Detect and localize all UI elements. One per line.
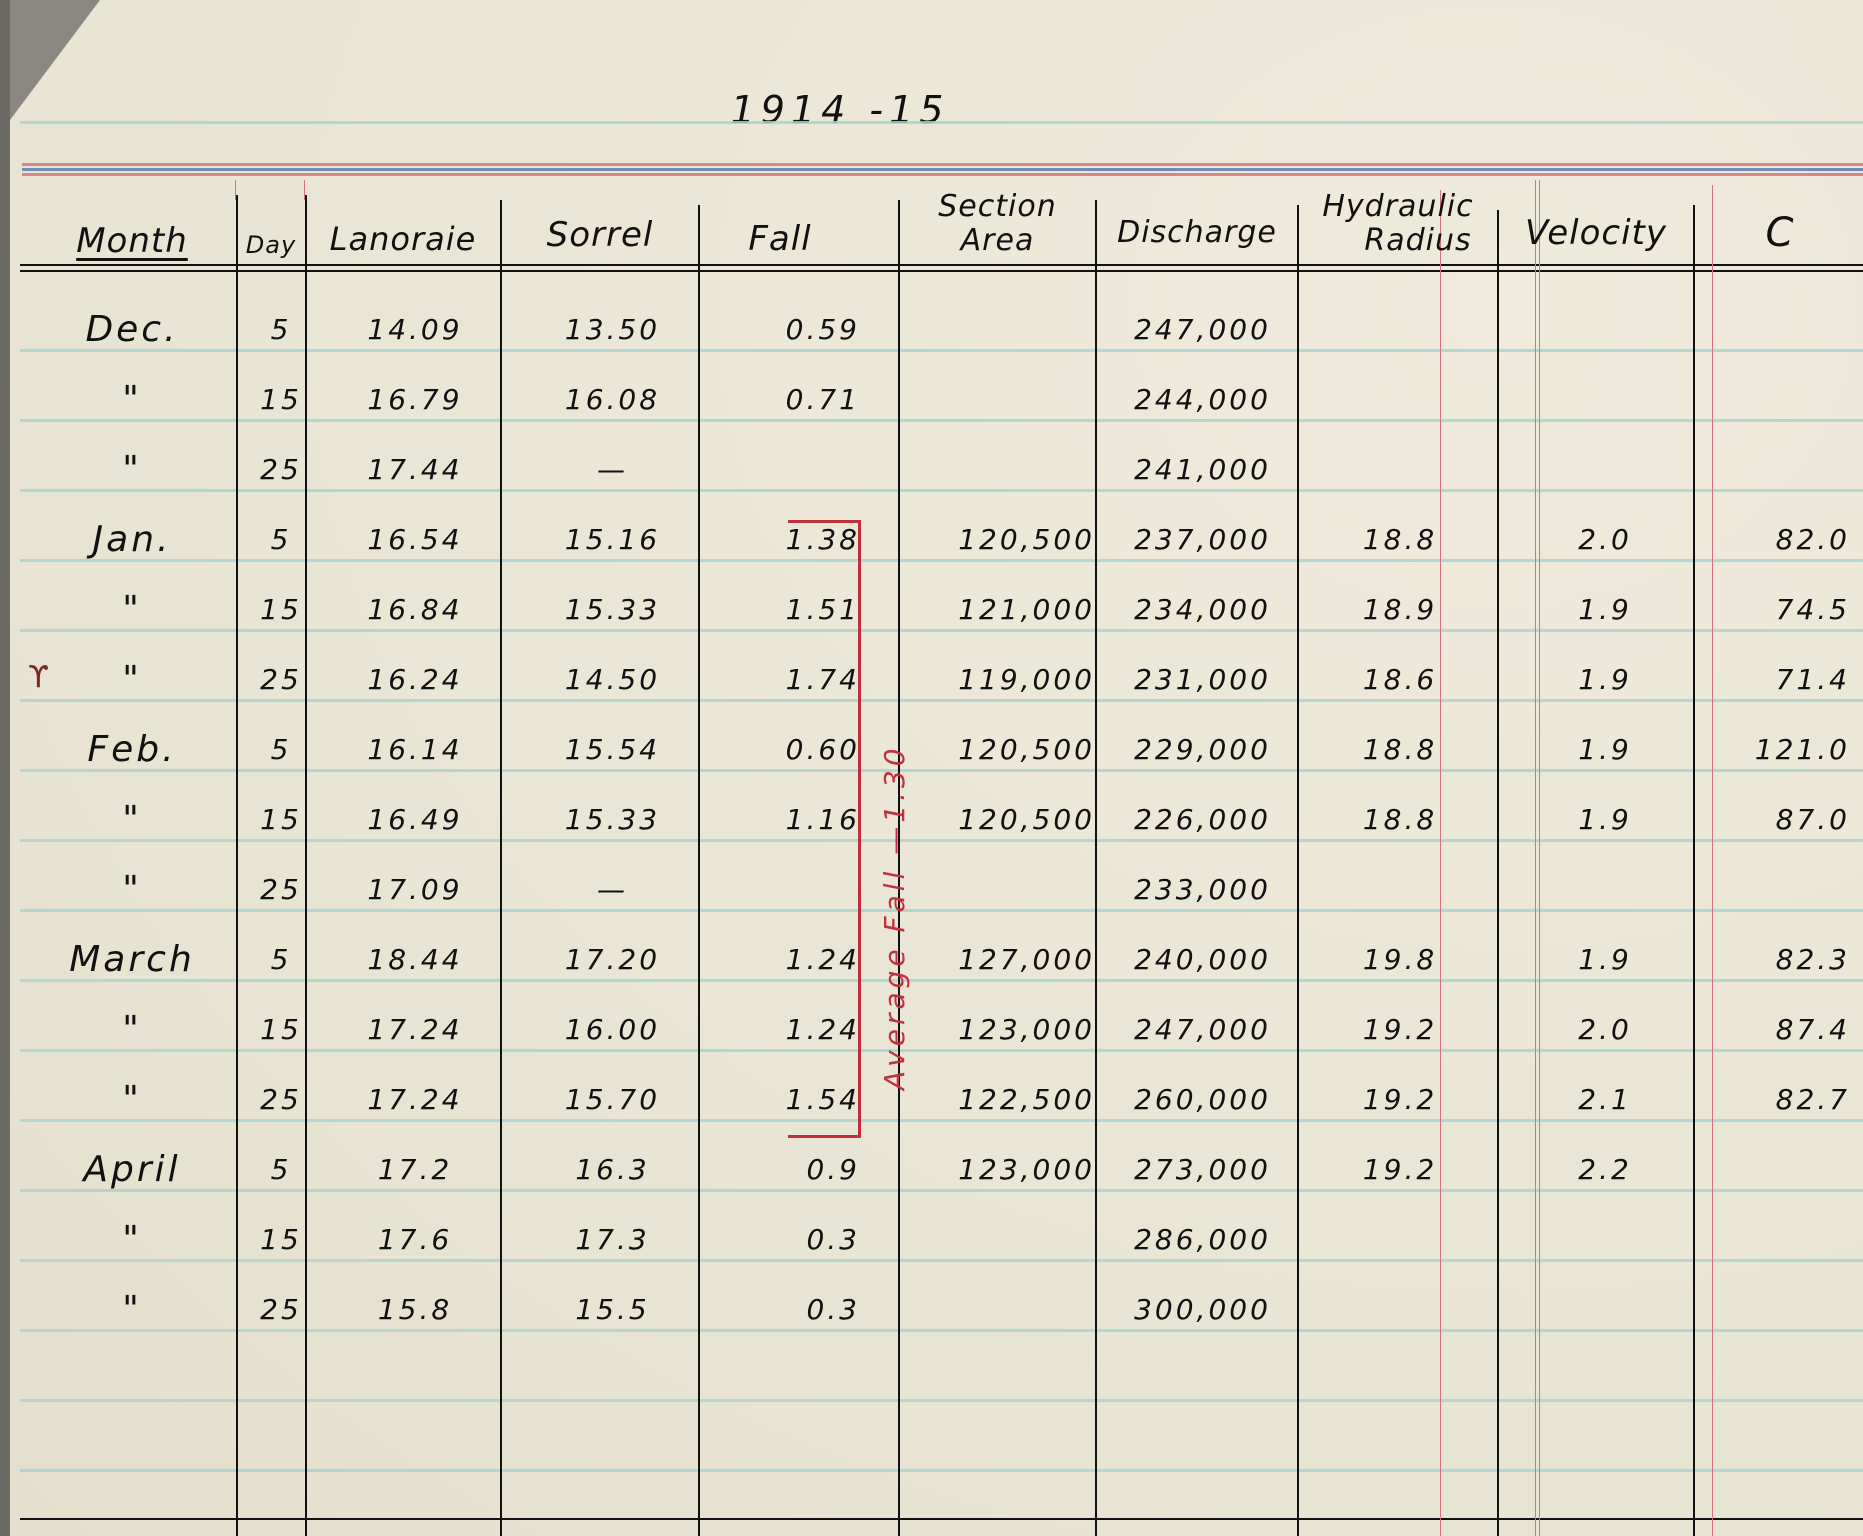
c-cell — [1710, 870, 1850, 910]
fall-cell: 0.3 — [710, 1290, 860, 1330]
velocity-cell: 1.9 — [1510, 940, 1700, 980]
day-cell: 25 — [250, 1080, 312, 1120]
header-fall: Fall — [700, 220, 860, 258]
month-cell: " — [32, 870, 232, 910]
c-cell: 87.0 — [1710, 800, 1850, 840]
lanoraie-cell: 16.24 — [320, 660, 510, 700]
c-cell — [1710, 450, 1850, 490]
velocity-cell: 2.1 — [1510, 1080, 1700, 1120]
lanoraie-cell: 17.24 — [320, 1010, 510, 1050]
hydraulic-radius-cell: 19.8 — [1310, 940, 1490, 980]
month-cell: " — [32, 1010, 232, 1050]
sorrel-cell: 14.50 — [515, 660, 710, 700]
lanoraie-cell: 17.09 — [320, 870, 510, 910]
c-cell: 82.7 — [1710, 1080, 1850, 1120]
month-cell: March — [32, 940, 232, 980]
hydraulic-radius-cell: 19.2 — [1310, 1150, 1490, 1190]
average-fall-bracket — [788, 520, 861, 1138]
lanoraie-cell: 17.44 — [320, 450, 510, 490]
month-cell: " — [32, 590, 232, 630]
discharge-cell: 260,000 — [1110, 1080, 1295, 1120]
velocity-cell — [1510, 870, 1700, 910]
hydraulic-radius-cell: 18.8 — [1310, 730, 1490, 770]
hydraulic-radius-cell — [1310, 1220, 1490, 1260]
day-cell: 15 — [250, 800, 312, 840]
red-guide — [235, 180, 236, 200]
ledger-sheet: 1914 -15 Month Day Lanoraie Sorrel Fall … — [10, 0, 1863, 1536]
velocity-cell: 2.0 — [1510, 1010, 1700, 1050]
section-area-cell: 121,000 — [910, 590, 1095, 630]
discharge-cell: 233,000 — [1110, 870, 1295, 910]
day-cell: 15 — [250, 1010, 312, 1050]
month-cell: Feb. — [32, 730, 232, 770]
sorrel-cell: 15.33 — [515, 590, 710, 630]
velocity-cell — [1510, 310, 1700, 350]
folded-corner — [10, 0, 100, 120]
header-month: Month — [32, 222, 232, 260]
red-guide — [304, 180, 305, 200]
month-cell: " — [32, 660, 232, 700]
c-cell: 74.5 — [1710, 590, 1850, 630]
section-area-cell — [910, 1290, 1095, 1330]
lanoraie-cell: 17.24 — [320, 1080, 510, 1120]
c-cell — [1710, 380, 1850, 420]
day-cell: 5 — [250, 940, 312, 980]
discharge-cell: 241,000 — [1110, 450, 1295, 490]
section-area-cell: 120,500 — [910, 730, 1095, 770]
section-area-cell — [910, 1220, 1095, 1260]
velocity-cell — [1510, 1290, 1700, 1330]
sorrel-cell: — — [515, 870, 710, 910]
hydraulic-radius-cell: 18.8 — [1310, 520, 1490, 560]
header-c: C — [1695, 214, 1863, 252]
discharge-cell: 234,000 — [1110, 590, 1295, 630]
month-cell: " — [32, 1080, 232, 1120]
hydraulic-radius-cell: 19.2 — [1310, 1010, 1490, 1050]
c-cell: 87.4 — [1710, 1010, 1850, 1050]
header-velocity: Velocity — [1499, 214, 1693, 252]
header-discharge: Discharge — [1097, 214, 1297, 252]
section-area-cell — [910, 380, 1095, 420]
lanoraie-cell: 17.2 — [320, 1150, 510, 1190]
velocity-cell: 2.0 — [1510, 520, 1700, 560]
header-rule — [20, 270, 1863, 272]
c-cell — [1710, 1150, 1850, 1190]
section-area-cell: 119,000 — [910, 660, 1095, 700]
hydraulic-radius-cell — [1310, 870, 1490, 910]
hydraulic-radius-cell: 19.2 — [1310, 1080, 1490, 1120]
month-cell: April — [32, 1150, 232, 1190]
section-area-cell: 123,000 — [910, 1010, 1095, 1050]
section-area-cell — [910, 870, 1095, 910]
velocity-cell: 2.2 — [1510, 1150, 1700, 1190]
hydraulic-radius-cell — [1310, 1290, 1490, 1330]
lanoraie-cell: 16.14 — [320, 730, 510, 770]
header-hydraulic-radius: Hydraulic Radius — [1299, 190, 1497, 258]
lanoraie-cell: 16.84 — [320, 590, 510, 630]
sorrel-cell: 15.5 — [515, 1290, 710, 1330]
velocity-cell: 1.9 — [1510, 660, 1700, 700]
month-cell: " — [32, 380, 232, 420]
sorrel-cell: 15.16 — [515, 520, 710, 560]
month-cell: " — [32, 1290, 232, 1330]
discharge-cell: 247,000 — [1110, 310, 1295, 350]
hydraulic-radius-cell — [1310, 310, 1490, 350]
hydraulic-radius-cell: 18.9 — [1310, 590, 1490, 630]
day-cell: 25 — [250, 450, 312, 490]
section-area-cell: 123,000 — [910, 1150, 1095, 1190]
ruled-line — [20, 1399, 1863, 1402]
fall-cell — [710, 450, 860, 490]
hydraulic-radius-cell: 18.8 — [1310, 800, 1490, 840]
fall-cell: 0.59 — [710, 310, 860, 350]
column-divider — [236, 195, 238, 1536]
page-title: 1914 -15 — [710, 88, 970, 132]
discharge-cell: 247,000 — [1110, 1010, 1295, 1050]
sorrel-cell: 15.70 — [515, 1080, 710, 1120]
month-cell: " — [32, 1220, 232, 1260]
lanoraie-cell: 16.49 — [320, 800, 510, 840]
day-cell: 15 — [250, 380, 312, 420]
day-cell: 5 — [250, 1150, 312, 1190]
month-cell: " — [32, 800, 232, 840]
day-cell: 15 — [250, 1220, 312, 1260]
day-cell: 5 — [250, 520, 312, 560]
sorrel-cell: 17.3 — [515, 1220, 710, 1260]
header-day: Day — [238, 226, 304, 264]
column-divider — [1095, 200, 1097, 1536]
lanoraie-cell: 16.79 — [320, 380, 510, 420]
sorrel-cell: 17.20 — [515, 940, 710, 980]
discharge-cell: 237,000 — [1110, 520, 1295, 560]
sorrel-cell: 16.08 — [515, 380, 710, 420]
velocity-cell: 1.9 — [1510, 800, 1700, 840]
day-cell: 25 — [250, 870, 312, 910]
sorrel-cell: 15.54 — [515, 730, 710, 770]
lanoraie-cell: 17.6 — [320, 1220, 510, 1260]
hydraulic-radius-cell — [1310, 450, 1490, 490]
section-area-cell: 127,000 — [910, 940, 1095, 980]
discharge-cell: 300,000 — [1110, 1290, 1295, 1330]
discharge-cell: 229,000 — [1110, 730, 1295, 770]
section-area-cell — [910, 450, 1095, 490]
fall-cell: 0.71 — [710, 380, 860, 420]
day-cell: 25 — [250, 1290, 312, 1330]
column-divider — [1497, 210, 1499, 1536]
hydraulic-radius-cell — [1310, 380, 1490, 420]
c-cell — [1710, 1220, 1850, 1260]
velocity-cell — [1510, 1220, 1700, 1260]
discharge-cell: 286,000 — [1110, 1220, 1295, 1260]
column-divider — [1297, 205, 1299, 1536]
velocity-cell: 1.9 — [1510, 730, 1700, 770]
average-fall-note: Average Fall —1.30 — [878, 744, 911, 1090]
section-area-cell: 122,500 — [910, 1080, 1095, 1120]
lanoraie-cell: 15.8 — [320, 1290, 510, 1330]
c-cell — [1710, 310, 1850, 350]
sorrel-cell: 15.33 — [515, 800, 710, 840]
hydraulic-radius-cell: 18.6 — [1310, 660, 1490, 700]
c-cell: 121.0 — [1710, 730, 1850, 770]
month-cell: " — [32, 450, 232, 490]
ruled-line — [20, 121, 1863, 124]
discharge-cell: 226,000 — [1110, 800, 1295, 840]
c-cell: 82.0 — [1710, 520, 1850, 560]
discharge-cell: 240,000 — [1110, 940, 1295, 980]
ruled-line — [20, 1469, 1863, 1472]
discharge-cell: 273,000 — [1110, 1150, 1295, 1190]
velocity-cell: 1.9 — [1510, 590, 1700, 630]
header-section-area: Section Area — [900, 190, 1095, 258]
header-sorrel: Sorrel — [502, 216, 698, 254]
lanoraie-cell: 16.54 — [320, 520, 510, 560]
c-cell — [1710, 1290, 1850, 1330]
section-area-cell: 120,500 — [910, 520, 1095, 560]
header-rule — [20, 264, 1863, 266]
c-cell: 71.4 — [1710, 660, 1850, 700]
header-lanoraie: Lanoraie — [306, 220, 500, 258]
day-cell: 5 — [250, 310, 312, 350]
sorrel-cell: 13.50 — [515, 310, 710, 350]
header-band — [22, 163, 1863, 177]
discharge-cell: 244,000 — [1110, 380, 1295, 420]
fall-cell: 0.9 — [710, 1150, 860, 1190]
sorrel-cell: — — [515, 450, 710, 490]
lanoraie-cell: 18.44 — [320, 940, 510, 980]
section-area-cell — [910, 310, 1095, 350]
c-cell: 82.3 — [1710, 940, 1850, 980]
sorrel-cell: 16.3 — [515, 1150, 710, 1190]
day-cell: 25 — [250, 660, 312, 700]
sorrel-cell: 16.00 — [515, 1010, 710, 1050]
day-cell: 5 — [250, 730, 312, 770]
velocity-cell — [1510, 450, 1700, 490]
margin-mark: ϒ — [28, 660, 49, 695]
fall-cell: 0.3 — [710, 1220, 860, 1260]
velocity-cell — [1510, 380, 1700, 420]
day-cell: 15 — [250, 590, 312, 630]
section-area-cell: 120,500 — [910, 800, 1095, 840]
discharge-cell: 231,000 — [1110, 660, 1295, 700]
month-cell: Jan. — [32, 520, 232, 560]
month-cell: Dec. — [32, 310, 232, 350]
lanoraie-cell: 14.09 — [320, 310, 510, 350]
footer-rule — [20, 1518, 1863, 1520]
